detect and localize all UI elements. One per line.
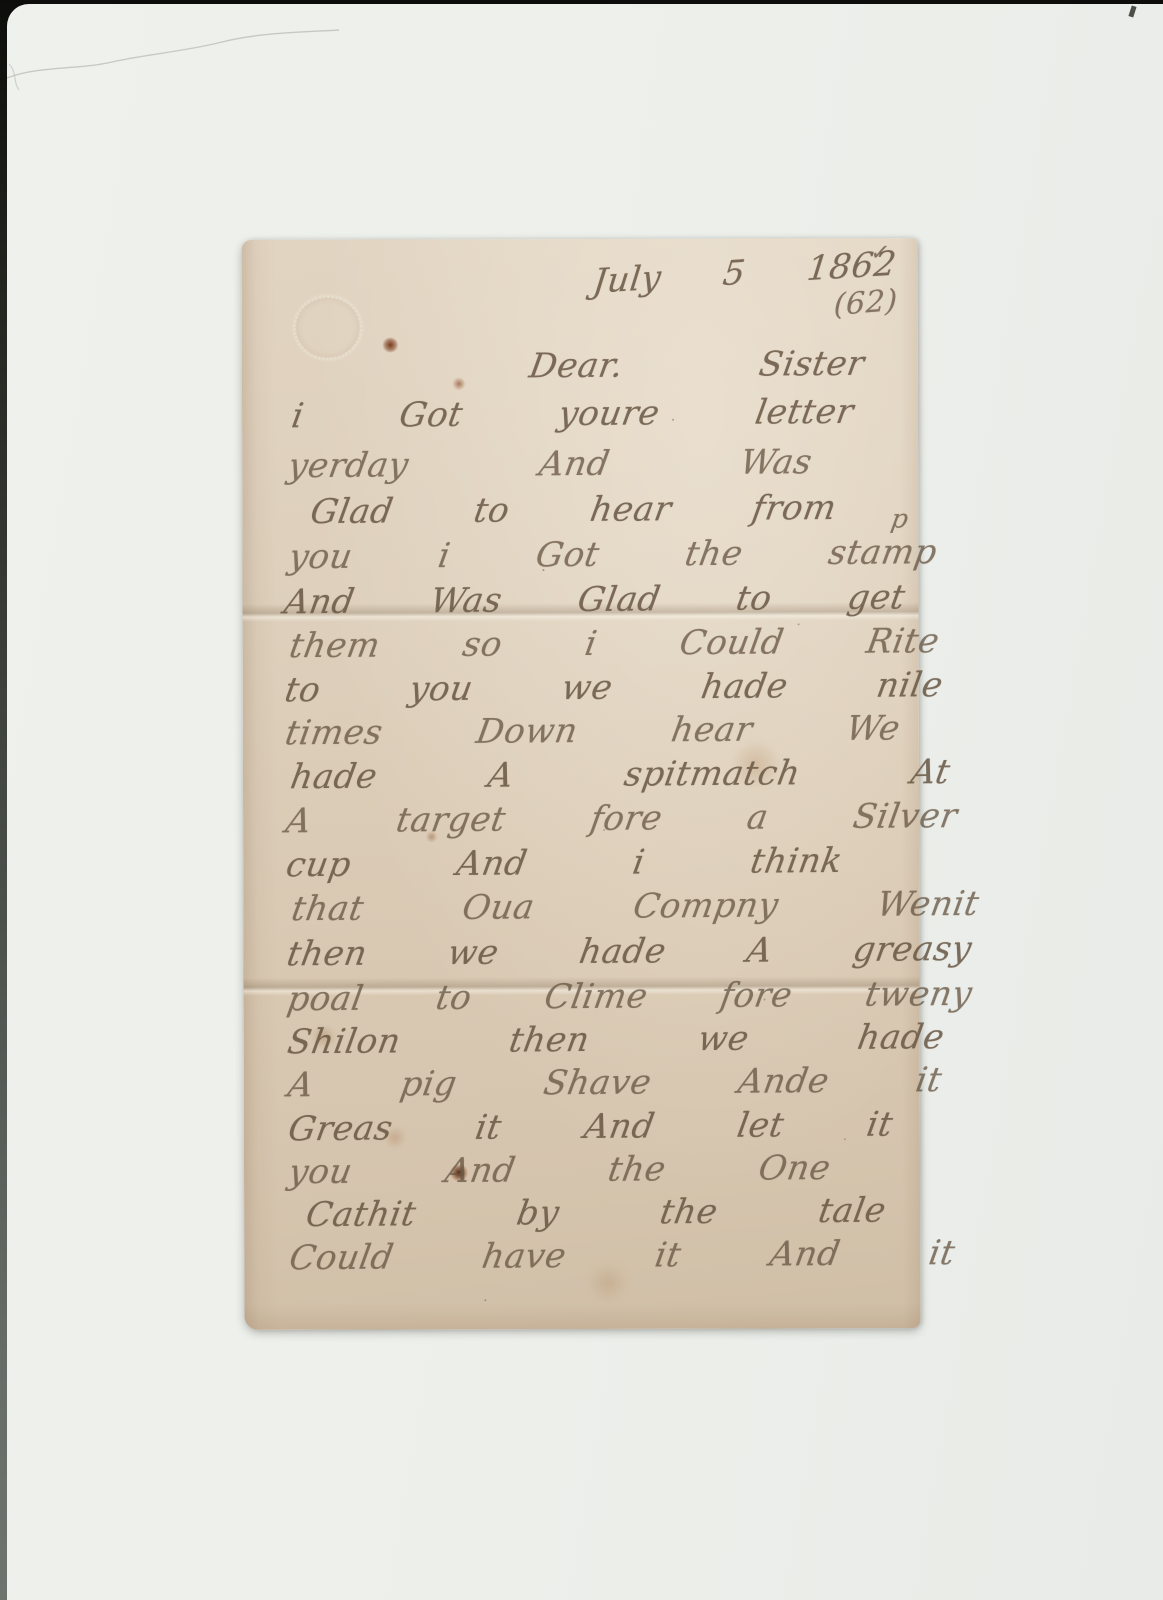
letter-line: you And the One [286, 1151, 833, 1189]
letter-line: A target fore a Silver [283, 799, 960, 838]
letter-line: Glad to hear from [308, 491, 839, 529]
letter-line: them so i Could Rite [287, 624, 942, 663]
letter-line: times Down hear We [283, 711, 903, 750]
letter-line: that Oua Compny Wenit [289, 887, 982, 926]
letter-line: you i Got the stamp [286, 535, 939, 574]
letter-line: Cathit by the tale [304, 1194, 889, 1233]
letter-line: then we hade A greasy [284, 932, 974, 971]
letter-line: yerday And Was [286, 445, 815, 483]
letter-line: Shilon then we hade [285, 1020, 947, 1059]
letter-paper: ✓ July 5 1862 (62) Dear. Sister p i Got … [242, 238, 921, 1330]
scratch-line [7, 4, 367, 94]
letter-line: A pig Shave Ande it [285, 1063, 944, 1102]
letter-line: Could have it And it [287, 1236, 958, 1275]
letter-line: hade A spitmatch At [288, 755, 953, 794]
scan-background: { "colors": { "backing": "#edefeb", "pap… [0, 0, 1163, 1600]
letter-line: cup And i think [284, 844, 845, 882]
catalog-number-annotation: (62) [833, 286, 898, 321]
handwriting-layer: ✓ July 5 1862 (62) Dear. Sister p i Got … [239, 236, 924, 1331]
letter-line: Greas it And let it [286, 1108, 896, 1147]
letter-line: And Was Glad to get [282, 580, 908, 619]
letter-line: i Got youre letter [289, 395, 856, 433]
superscript-letter: p [889, 506, 911, 532]
letter-line: poal to Clime fore tweny [285, 977, 975, 1016]
salutation-line: Dear. Sister [527, 347, 867, 384]
letter-line: to you we hade nile [282, 668, 945, 707]
